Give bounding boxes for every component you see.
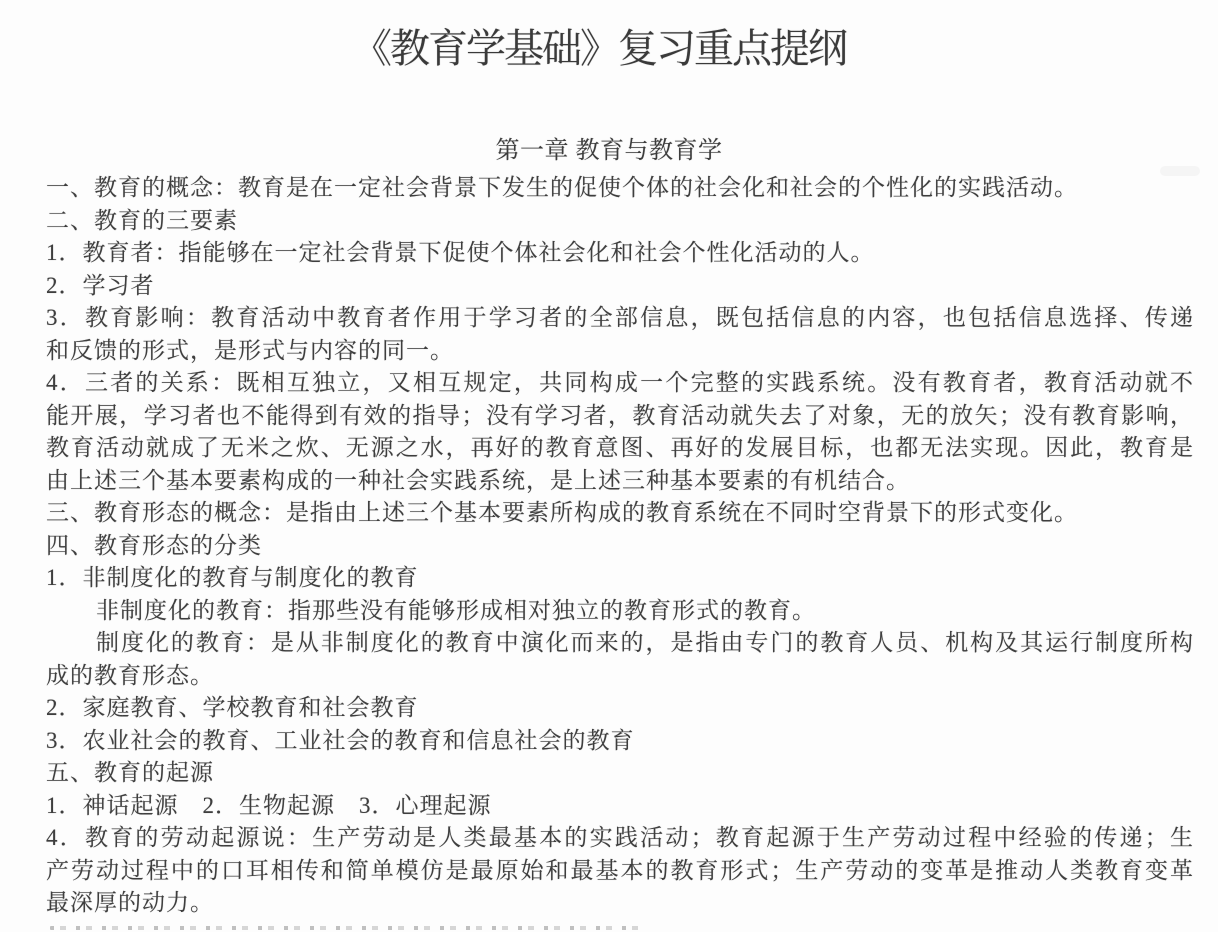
text-line: 1．神话起源 2．生物起源 3．心理起源 xyxy=(46,790,1194,823)
text-line: 3．农业社会的教育、工业社会的教育和信息社会的教育 xyxy=(46,725,1194,758)
chapter-heading: 第一章 教育与教育学 xyxy=(0,136,1218,166)
cutoff-line-fragment xyxy=(50,926,642,930)
text-line: 非制度化的教育：指那些没有能够形成相对独立的教育形式的教育。 xyxy=(46,595,1194,628)
text-line: 一、教育的概念：教育是在一定社会背景下发生的促使个体的社会化和社会的个性化的实践… xyxy=(46,172,1194,205)
text-line: 1．非制度化的教育与制度化的教育 xyxy=(46,562,1194,595)
text-line: 和反馈的形式，是形式与内容的同一。 xyxy=(46,335,1194,368)
text-line: 五、教育的起源 xyxy=(46,757,1194,790)
document-body: 一、教育的概念：教育是在一定社会背景下发生的促使个体的社会化和社会的个性化的实践… xyxy=(46,172,1194,920)
text-line: 1．教育者：指能够在一定社会背景下促使个体社会化和社会个性化活动的人。 xyxy=(46,237,1194,270)
document-title: 《教育学基础》复习重点提纲 xyxy=(0,24,1198,74)
text-line: 由上述三个基本要素构成的一种社会实践系统，是上述三种基本要素的有机结合。 xyxy=(46,465,1194,498)
text-line: 2．学习者 xyxy=(46,270,1194,303)
text-line: 4．三者的关系：既相互独立，又相互规定，共同构成一个完整的实践系统。没有教育者，… xyxy=(46,367,1194,400)
text-line: 最深厚的动力。 xyxy=(46,887,1194,920)
text-line: 产劳动过程中的口耳相传和简单模仿是最原始和最基本的教育形式；生产劳动的变革是推动… xyxy=(46,855,1194,888)
text-line: 3．教育影响：教育活动中教育者作用于学习者的全部信息，既包括信息的内容，也包括信… xyxy=(46,302,1194,335)
text-line: 4．教育的劳动起源说：生产劳动是人类最基本的实践活动；教育起源于生产劳动过程中经… xyxy=(46,822,1194,855)
scan-artifact-smudge xyxy=(1160,166,1200,176)
text-line: 教育活动就成了无米之炊、无源之水，再好的教育意图、再好的发展目标，也都无法实现。… xyxy=(46,432,1194,465)
text-line: 2．家庭教育、学校教育和社会教育 xyxy=(46,692,1194,725)
scanned-document-page: 《教育学基础》复习重点提纲 第一章 教育与教育学 一、教育的概念：教育是在一定社… xyxy=(0,0,1218,932)
text-line: 二、教育的三要素 xyxy=(46,205,1194,238)
text-line: 成的教育形态。 xyxy=(46,660,1194,693)
text-line: 四、教育形态的分类 xyxy=(46,530,1194,563)
text-line: 制度化的教育：是从非制度化的教育中演化而来的，是指由专门的教育人员、机构及其运行… xyxy=(46,627,1194,660)
text-line: 能开展，学习者也不能得到有效的指导；没有学习者，教育活动就失去了对象，无的放矢；… xyxy=(46,400,1194,433)
text-line: 三、教育形态的概念：是指由上述三个基本要素所构成的教育系统在不同时空背景下的形式… xyxy=(46,497,1194,530)
